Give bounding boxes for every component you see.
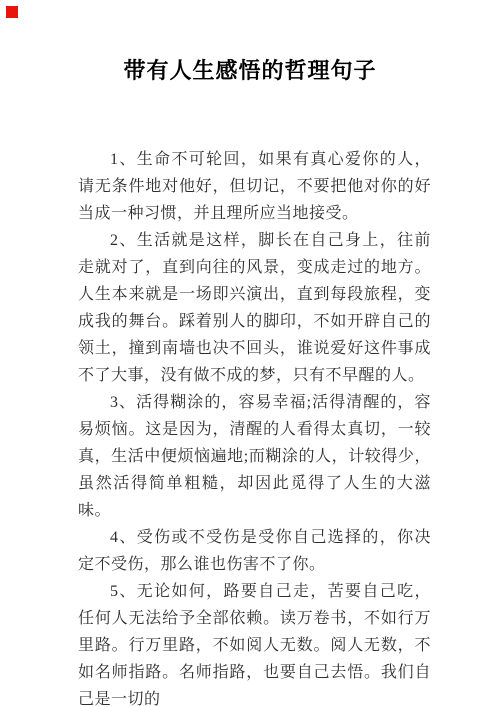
paragraph-4: 4、受伤或不受伤是受你自己选择的，你决定不受伤，那么谁也伤害不了你。: [78, 524, 431, 578]
paragraph-1: 1、生命不可轮回，如果有真心爱你的人，请无条件地对他好，但切记，不要把他对你的好…: [78, 146, 431, 227]
paragraph-3: 3、活得糊涂的，容易幸福;活得清醒的，容易烦恼。这是因为，清醒的人看得太真切，一…: [78, 389, 431, 524]
document-title: 带有人生感悟的哲理句子: [0, 0, 500, 85]
document-body: 1、生命不可轮回，如果有真心爱你的人，请无条件地对他好，但切记，不要把他对你的好…: [78, 146, 431, 707]
document-page: 带有人生感悟的哲理句子 1、生命不可轮回，如果有真心爱你的人，请无条件地对他好，…: [0, 0, 500, 707]
red-corner-marker: [6, 6, 18, 18]
paragraph-5: 5、无论如何，路要自己走，苦要自己吃，任何人无法给予全部依赖。读万卷书，不如行万…: [78, 578, 431, 707]
paragraph-2: 2、生活就是这样，脚长在自己身上，往前走就对了，直到向往的风景，变成走过的地方。…: [78, 227, 431, 389]
